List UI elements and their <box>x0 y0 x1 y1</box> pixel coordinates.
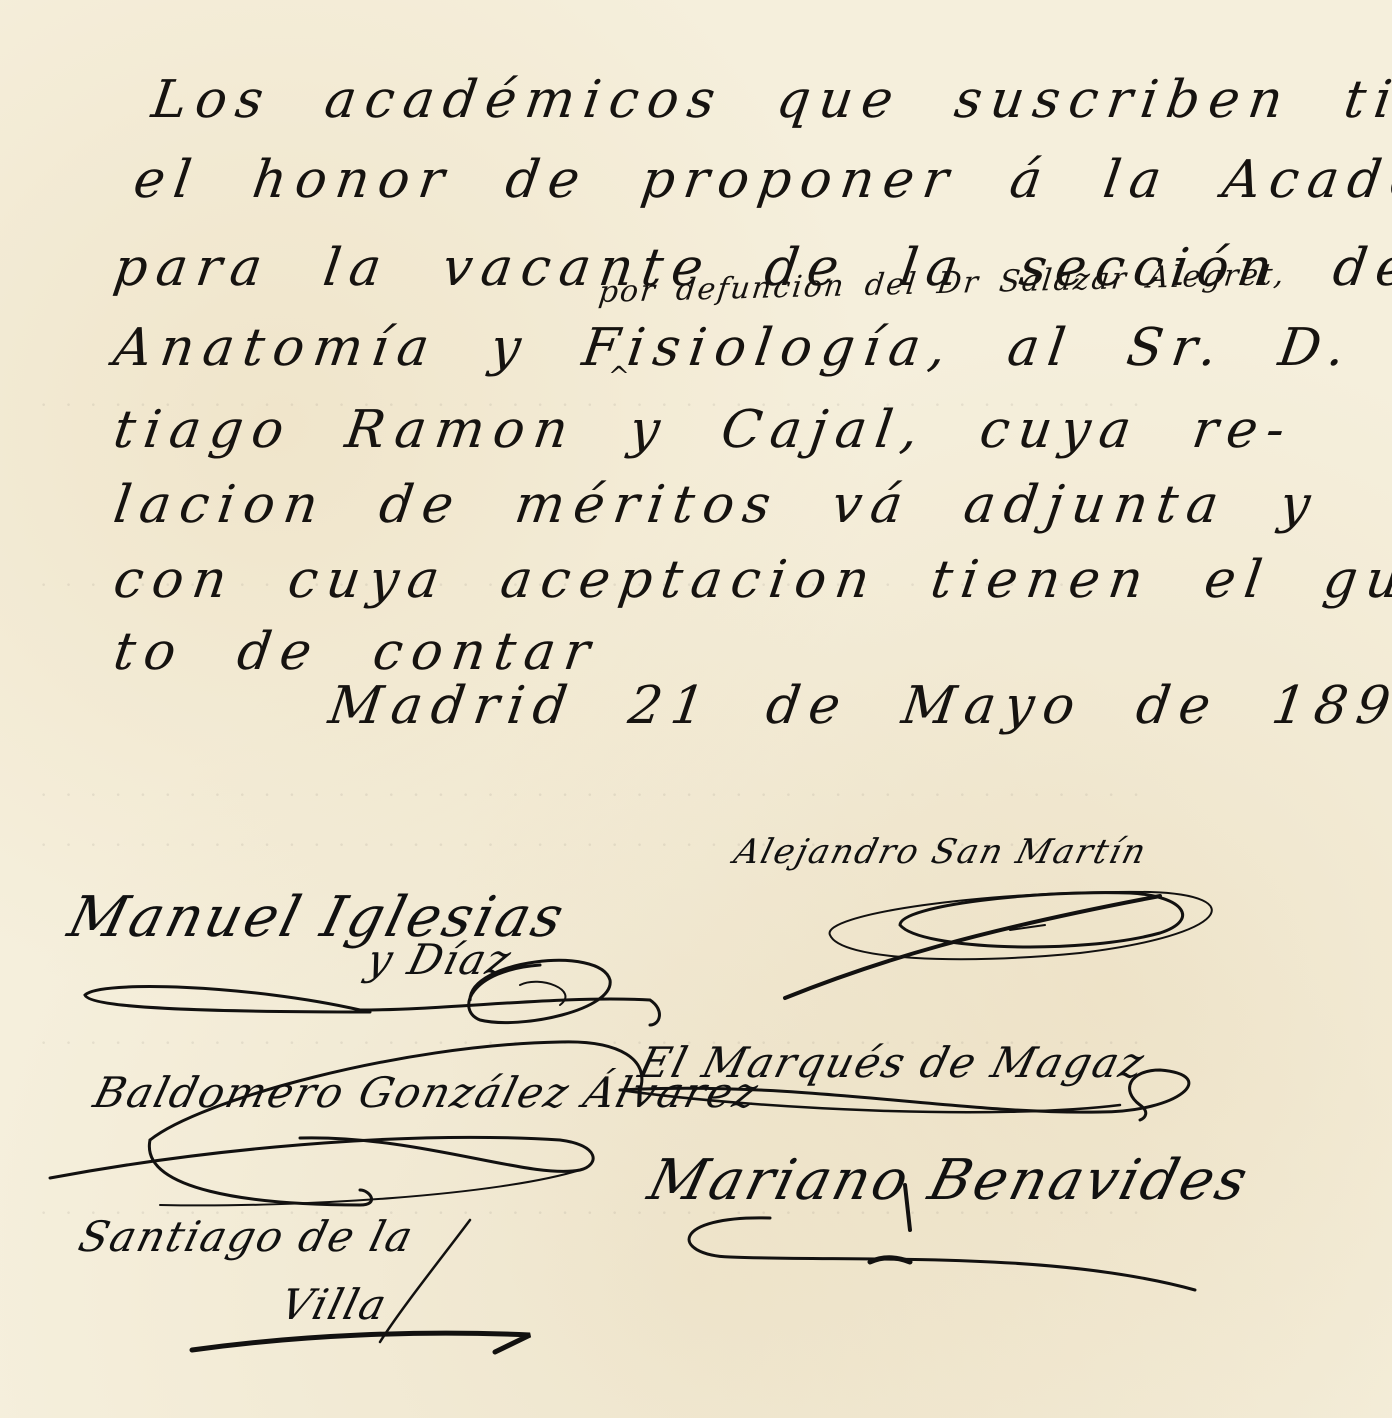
bleed-through-text: · · · · · · · · · · · · · · · · · · · · … <box>40 782 1352 800</box>
signature-manuel-iglesias-line2: y Díaz <box>362 935 518 984</box>
signature-santiago-de-la-villa: Santiago de la <box>74 1212 420 1261</box>
body-line-4: Anatomía y Fisiología, al Sr. D. San- <box>110 318 1392 378</box>
signature-baldomero-gonzalez-alvarez: Baldomero González Álvarez <box>89 1068 765 1117</box>
body-line-8: to de contar <box>110 622 602 682</box>
bleed-through-text: · · · · · · · · · · · · · · · · · · · · … <box>40 832 1352 850</box>
rubric-baldomero <box>50 1042 642 1206</box>
body-line-5: tiago Ramon y Cajal, cuya re- <box>110 400 1297 460</box>
signature-alejandro-san-martin: Alejandro San Martín <box>730 832 1152 872</box>
body-line-2: el honor de proponer á la Academia <box>130 150 1392 210</box>
body-line-7: con cuya aceptacion tienen el gus- <box>110 550 1392 610</box>
signature-santiago-de-la-villa-line2: Villa <box>276 1280 393 1329</box>
rubric-san-martin <box>785 892 1212 998</box>
insertion-caret: ^ <box>608 362 630 392</box>
body-line-1: Los académicos que suscriben tienen <box>148 70 1392 130</box>
body-line-6: lacion de méritos vá adjunta y <box>110 475 1323 535</box>
dateline: Madrid 21 de Mayo de 1897 <box>325 676 1392 736</box>
signature-mariano-benavides: Mariano Benavides <box>642 1148 1257 1213</box>
document-page: · · · · · · · · · · · · · · · · · · · · … <box>0 0 1392 1418</box>
